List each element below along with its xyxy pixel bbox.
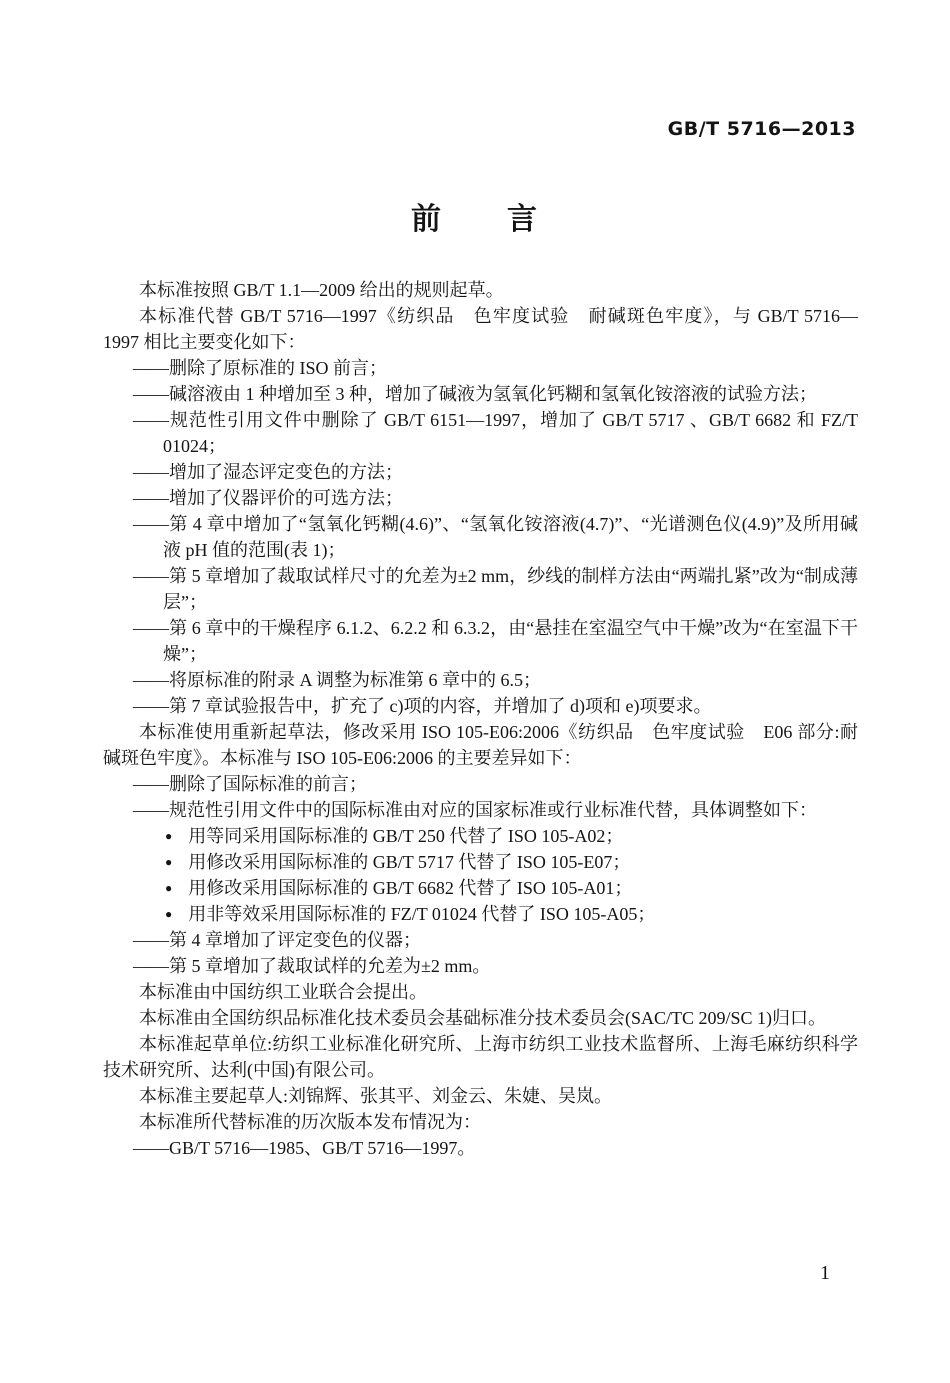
bullet-icon: ● (165, 881, 172, 895)
bullet-icon: ● (165, 855, 172, 869)
history-list-item: ——GB/T 5716—1985、GB/T 5716—1997。 (103, 1135, 858, 1161)
sub-list-item: ●用等同采用国际标准的 GB/T 250 代替了 ISO 105-A02； (103, 823, 858, 849)
change-list-item: ——增加了湿态评定变色的方法； (103, 459, 858, 485)
change-list-item: ——增加了仪器评价的可选方法； (103, 485, 858, 511)
paragraph: 本标准使用重新起草法，修改采用 ISO 105-E06:2006《纺织品 色牢度… (103, 719, 858, 771)
change-list-item: ——删除了原标准的 ISO 前言； (103, 355, 858, 381)
sub-list-item-text: 用等同采用国际标准的 GB/T 250 代替了 ISO 105-A02； (188, 826, 623, 846)
sub-list-item: ●用非等效采用国际标准的 FZ/T 01024 代替了 ISO 105-A05； (103, 901, 858, 927)
difference-list-item: ——删除了国际标准的前言； (103, 771, 858, 797)
sub-list-item-text: 用非等效采用国际标准的 FZ/T 01024 代替了 ISO 105-A05； (188, 904, 655, 924)
change-list-item: ——第 6 章中的干燥程序 6.1.2、6.2.2 和 6.3.2，由“悬挂在室… (103, 615, 858, 667)
page-number: 1 (820, 1262, 830, 1285)
sub-list-item-text: 用修改采用国际标准的 GB/T 6682 代替了 ISO 105-A01； (188, 878, 632, 898)
standard-number: GB/T 5716—2013 (668, 118, 856, 140)
sub-list-item: ●用修改采用国际标准的 GB/T 6682 代替了 ISO 105-A01； (103, 875, 858, 901)
paragraph: 本标准由中国纺织工业联合会提出。 (103, 979, 858, 1005)
paragraph: 本标准按照 GB/T 1.1—2009 给出的规则起草。 (103, 277, 858, 303)
paragraph: 本标准起草单位:纺织工业标准化研究所、上海市纺织工业技术监督所、上海毛麻纺织科学… (103, 1031, 858, 1083)
paragraph: 本标准主要起草人:刘锦辉、张其平、刘金云、朱婕、吴岚。 (103, 1083, 858, 1109)
change-list-item: ——将原标准的附录 A 调整为标准第 6 章中的 6.5； (103, 667, 858, 693)
difference-list-item: ——第 5 章增加了裁取试样的允差为±2 mm。 (103, 953, 858, 979)
change-list-item: ——第 7 章试验报告中，扩充了 c)项的内容，并增加了 d)项和 e)项要求。 (103, 693, 858, 719)
foreword-title: 前 言 (0, 194, 950, 238)
bullet-icon: ● (165, 907, 172, 921)
bullet-icon: ● (165, 829, 172, 843)
difference-list-item: ——规范性引用文件中的国际标准由对应的国家标准或行业标准代替，具体调整如下： (103, 797, 858, 823)
change-list-item: ——规范性引用文件中删除了 GB/T 6151—1997，增加了 GB/T 57… (103, 407, 858, 459)
paragraph: 本标准代替 GB/T 5716—1997《纺织品 色牢度试验 耐碱斑色牢度》，与… (103, 303, 858, 355)
change-list-item: ——第 5 章增加了裁取试样尺寸的允差为±2 mm，纱线的制样方法由“两端扎紧”… (103, 563, 858, 615)
document-page: GB/T 5716—2013 前 言 本标准按照 GB/T 1.1—2009 给… (0, 0, 950, 1383)
difference-list-item: ——第 4 章增加了评定变色的仪器； (103, 927, 858, 953)
sub-list-item: ●用修改采用国际标准的 GB/T 5717 代替了 ISO 105-E07； (103, 849, 858, 875)
change-list-item: ——第 4 章中增加了“氢氧化钙糊(4.6)”、“氢氧化铵溶液(4.7)”、“光… (103, 511, 858, 563)
paragraph: 本标准由全国纺织品标准化技术委员会基础标准分技术委员会(SAC/TC 209/S… (103, 1005, 858, 1031)
change-list-item: ——碱溶液由 1 种增加至 3 种，增加了碱液为氢氧化钙糊和氢氧化铵溶液的试验方… (103, 381, 858, 407)
paragraph: 本标准所代替标准的历次版本发布情况为： (103, 1109, 858, 1135)
foreword-body: 本标准按照 GB/T 1.1—2009 给出的规则起草。 本标准代替 GB/T … (103, 277, 858, 1161)
sub-list-item-text: 用修改采用国际标准的 GB/T 5717 代替了 ISO 105-E07； (188, 852, 630, 872)
